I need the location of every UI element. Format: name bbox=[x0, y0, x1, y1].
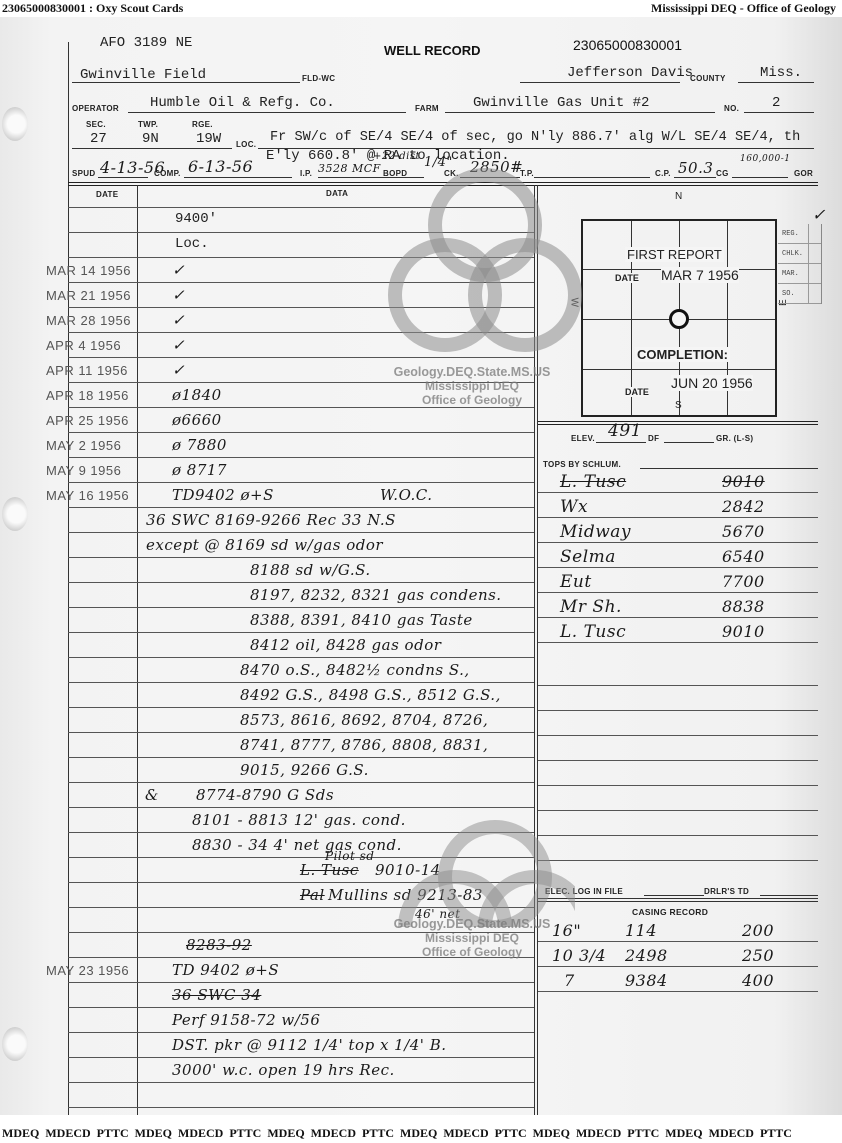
check-so: SO. bbox=[778, 284, 821, 304]
date-column-header: DATE bbox=[96, 190, 118, 199]
no-underline bbox=[744, 112, 814, 113]
ruled-line bbox=[538, 710, 818, 711]
elec-log-underline bbox=[644, 895, 704, 896]
sec-value: 27 bbox=[90, 131, 107, 147]
entry-data: 8412 oil, 8428 gas odor bbox=[250, 636, 441, 654]
formation-name: Mr Sh. bbox=[560, 597, 622, 617]
county-label: COUNTY bbox=[690, 74, 726, 83]
elev-underline bbox=[596, 442, 646, 443]
entry-data: except @ 8169 sd w/gas odor bbox=[146, 536, 383, 554]
entry-data: 3000' w.c. open 19 hrs Rec. bbox=[172, 1061, 395, 1079]
entry-data: 36 SWC 8169-9266 Rec 33 N.S bbox=[146, 511, 396, 529]
casing-depth: 2498 bbox=[625, 946, 668, 965]
map-rule bbox=[538, 424, 818, 425]
field-label: FLD-WC bbox=[302, 74, 335, 83]
cp-underline bbox=[674, 177, 716, 178]
elevation-value: 491 bbox=[608, 421, 642, 441]
entry-data: ø 7880 bbox=[172, 436, 227, 454]
entry-date-stamp: APR 25 1956 bbox=[46, 413, 129, 428]
entry-date-stamp: APR 18 1956 bbox=[46, 388, 129, 403]
df-label: DF bbox=[648, 434, 659, 443]
formation-depth: 8838 bbox=[722, 597, 765, 616]
ruled-line bbox=[68, 432, 534, 433]
formation-name: L. Tusc bbox=[560, 472, 626, 492]
ruled-line bbox=[538, 991, 818, 992]
ruled-line bbox=[68, 807, 534, 808]
sec-label: SEC. bbox=[86, 120, 106, 129]
completion-date-label: DATE bbox=[625, 387, 649, 397]
entry-date-stamp: MAR 14 1956 bbox=[46, 263, 131, 278]
afo-number: AFO 3189 NE bbox=[100, 35, 192, 51]
entry-data: TD9402 ø+S bbox=[172, 486, 274, 504]
check-mar: MAR. bbox=[778, 264, 821, 284]
document-title-bar: 23065000830001 : Oxy Scout Cards Mississ… bbox=[0, 0, 842, 17]
twp-value: 9N bbox=[142, 131, 159, 147]
date-data-divider bbox=[137, 185, 138, 1115]
ruled-line bbox=[68, 782, 534, 783]
ip-value: 3528 MCF bbox=[318, 162, 381, 175]
well-location-icon bbox=[669, 309, 689, 329]
twp-label: TWP. bbox=[138, 120, 158, 129]
farm-underline bbox=[445, 112, 715, 113]
ruled-line bbox=[68, 482, 534, 483]
drillers-td-label: DRLR'S TD bbox=[704, 887, 749, 896]
casing-rule bbox=[538, 898, 818, 899]
entry-data: 8188 sd w/G.S. bbox=[250, 561, 371, 579]
completion-label: COMPLETION: bbox=[635, 347, 730, 362]
ruled-line bbox=[68, 632, 534, 633]
tops-label: TOPS BY SCHLUM. bbox=[543, 460, 621, 469]
df-underline bbox=[664, 442, 714, 443]
formation-name: Eut bbox=[560, 572, 592, 592]
ruled-line bbox=[538, 941, 818, 942]
entry-data: ø6660 bbox=[172, 411, 222, 429]
county-underline bbox=[520, 82, 680, 83]
ruled-line bbox=[68, 982, 534, 983]
rge-label: RGE. bbox=[192, 120, 213, 129]
gor-value: 160,000-1 bbox=[740, 154, 790, 164]
entry-date-stamp: MAR 21 1956 bbox=[46, 288, 131, 303]
ruled-line bbox=[68, 657, 534, 658]
casing-sacks: 400 bbox=[742, 971, 774, 990]
ruled-line bbox=[538, 785, 818, 786]
ruled-line bbox=[68, 1007, 534, 1008]
ruled-line bbox=[68, 707, 534, 708]
ruled-line bbox=[538, 642, 818, 643]
entry-note: Pilot sd bbox=[325, 849, 374, 863]
entry-extra: W.O.C. bbox=[380, 486, 432, 504]
casing-depth: 114 bbox=[625, 921, 657, 940]
publisher-title: Mississippi DEQ - Office of Geology bbox=[651, 0, 836, 17]
casing-sacks: 250 bbox=[742, 946, 774, 965]
ruled-line bbox=[538, 760, 818, 761]
document-id-title: 23065000830001 : Oxy Scout Cards bbox=[2, 0, 183, 17]
first-report-label: FIRST REPORT bbox=[625, 247, 724, 262]
ruled-line bbox=[68, 1032, 534, 1033]
ruled-line bbox=[68, 457, 534, 458]
entry-data: 8741, 8777, 8786, 8808, 8831, bbox=[240, 736, 488, 754]
farm-value: Gwinville Gas Unit #2 bbox=[473, 95, 649, 111]
ruled-line bbox=[538, 835, 818, 836]
rge-value: 19W bbox=[196, 131, 221, 147]
entry-prefix: & bbox=[145, 786, 159, 804]
well-no-label: NO. bbox=[724, 104, 739, 113]
ruled-line bbox=[68, 507, 534, 508]
data-column-header: DATA bbox=[326, 189, 348, 198]
entry-data: ✓ bbox=[172, 361, 185, 379]
ruled-line bbox=[68, 682, 534, 683]
well-no-value: 2 bbox=[772, 95, 780, 111]
formation-depth: 9010 bbox=[722, 472, 765, 491]
cg-label: CG bbox=[716, 169, 729, 178]
struck-text: L. Tusc bbox=[300, 861, 359, 879]
first-report-date: MAR 7 1956 bbox=[661, 267, 739, 283]
entry-data: 8101 - 8813 12' gas. cond. bbox=[192, 811, 406, 829]
watermark-url: Geology.DEQ.State.MS.US bbox=[367, 917, 577, 931]
formation-depth: 7700 bbox=[722, 572, 765, 591]
entry-data: 9400' bbox=[175, 211, 217, 227]
south-label: S bbox=[675, 400, 682, 411]
check-chlk: CHLK. bbox=[778, 244, 821, 264]
entry-date-stamp: MAY 9 1956 bbox=[46, 463, 121, 478]
ruled-line bbox=[68, 1057, 534, 1058]
loc-label: LOC. bbox=[236, 140, 256, 149]
comp-label: COMP. bbox=[154, 169, 181, 178]
ruled-line bbox=[538, 517, 818, 518]
entry-data: 8197, 8232, 8321 gas condens. bbox=[250, 586, 502, 604]
ruled-line bbox=[68, 757, 534, 758]
ruled-line bbox=[538, 966, 818, 967]
cp-label: C.P. bbox=[655, 169, 671, 178]
entry-date-stamp: APR 11 1956 bbox=[46, 363, 128, 378]
entry-data: ø1840 bbox=[172, 386, 222, 404]
ground-label: GR. (L-S) bbox=[716, 434, 753, 443]
punch-hole bbox=[2, 107, 28, 141]
entry-date-stamp: MAY 16 1956 bbox=[46, 488, 129, 503]
spud-underline bbox=[98, 177, 148, 178]
well-record-card: AFO 3189 NE WELL RECORD 23065000830001 G… bbox=[0, 17, 842, 1115]
ruled-line bbox=[68, 582, 534, 583]
formation-name: L. Tusc bbox=[560, 622, 626, 642]
operator-value: Humble Oil & Refg. Co. bbox=[150, 95, 335, 111]
casing-depth: 9384 bbox=[625, 971, 668, 990]
watermark-agency: Mississippi DEQ bbox=[367, 379, 577, 393]
struck-text: 8283-92 bbox=[186, 936, 252, 954]
struck-text: Pal bbox=[300, 886, 325, 904]
sec-underline bbox=[72, 148, 232, 149]
cp-value: 50.3 bbox=[678, 159, 713, 177]
record-title: WELL RECORD bbox=[384, 43, 481, 58]
entry-date-stamp: APR 4 1956 bbox=[46, 338, 121, 353]
entry-data: DST. pkr @ 9112 1/4' top x 1/4' B. bbox=[172, 1036, 447, 1054]
casing-record-label: CASING RECORD bbox=[632, 907, 708, 917]
ruled-line bbox=[68, 532, 534, 533]
entry-date-stamp: MAY 2 1956 bbox=[46, 438, 121, 453]
entry-data: ✓ bbox=[172, 336, 185, 354]
entry-data: 9015, 9266 G.S. bbox=[240, 761, 369, 779]
checker-box: REG. CHLK. MAR. SO. bbox=[778, 224, 822, 304]
entry-data: 8492 G.S., 8498 G.S., 8512 G.S., bbox=[240, 686, 501, 704]
location-plat-map: FIRST REPORT DATE MAR 7 1956 COMPLETION:… bbox=[581, 219, 777, 417]
county-value: Jefferson Davis bbox=[567, 65, 693, 81]
ruled-line bbox=[538, 810, 818, 811]
entry-data: 8388, 8391, 8410 gas Taste bbox=[250, 611, 473, 629]
entry-date-stamp: MAY 23 1956 bbox=[46, 963, 129, 978]
watermark-office: Office of Geology bbox=[367, 945, 577, 959]
mdeq-logo-watermark bbox=[385, 167, 585, 372]
ruled-line bbox=[68, 732, 534, 733]
ruled-line bbox=[538, 735, 818, 736]
checkmark-icon: ✓ bbox=[812, 205, 826, 224]
punch-hole bbox=[2, 497, 28, 531]
ip-label: I.P. bbox=[300, 169, 312, 178]
entry-date-stamp: MAR 28 1956 bbox=[46, 313, 131, 328]
entry-data: 8774-8790 G Sds bbox=[196, 786, 334, 804]
check-reg: REG. bbox=[778, 224, 821, 244]
formation-depth: 9010 bbox=[722, 622, 765, 641]
spud-label: SPUD bbox=[72, 169, 95, 178]
casing-rule bbox=[538, 901, 818, 902]
ruled-line bbox=[68, 407, 534, 408]
entry-data: 8573, 8616, 8692, 8704, 8726, bbox=[240, 711, 488, 729]
ruled-line bbox=[538, 685, 818, 686]
formation-name: Midway bbox=[560, 522, 631, 542]
field-value: Gwinville Field bbox=[80, 67, 206, 83]
drlr-td-underline bbox=[760, 895, 818, 896]
entry-data: Perf 9158-72 w/56 bbox=[172, 1011, 320, 1029]
api-number: 23065000830001 bbox=[573, 37, 682, 53]
entry-data: ✓ bbox=[172, 261, 185, 279]
ruled-line bbox=[68, 607, 534, 608]
entry-data: TD 9402 ø+S bbox=[172, 961, 279, 979]
watermark-office: Office of Geology bbox=[367, 393, 577, 407]
ruled-line bbox=[538, 860, 818, 861]
struck-text: 36 SWC 34 bbox=[172, 986, 261, 1004]
entry-data: ✓ bbox=[172, 311, 185, 329]
state-value: Miss. bbox=[760, 65, 802, 81]
map-rule bbox=[538, 421, 818, 422]
formation-name: Selma bbox=[560, 547, 616, 567]
entry-data: ø 8717 bbox=[172, 461, 227, 479]
first-report-date-label: DATE bbox=[615, 273, 639, 283]
ruled-line bbox=[538, 567, 818, 568]
ruled-line bbox=[538, 542, 818, 543]
watermark-agency: Mississippi DEQ bbox=[367, 931, 577, 945]
entry-data: Loc. bbox=[175, 236, 209, 252]
completion-date: JUN 20 1956 bbox=[671, 375, 753, 391]
formation-name: Wx bbox=[560, 497, 588, 517]
comp-underline bbox=[184, 177, 292, 178]
ruled-line bbox=[538, 617, 818, 618]
watermark-url: Geology.DEQ.State.MS.US bbox=[367, 365, 577, 379]
bopd-value: +22 dist bbox=[373, 151, 420, 162]
entry-data: 8470 o.S., 8482½ condns S., bbox=[240, 661, 470, 679]
operator-underline bbox=[128, 112, 406, 113]
ruled-line bbox=[68, 1107, 534, 1108]
formation-depth: 2842 bbox=[722, 497, 765, 516]
casing-sacks: 200 bbox=[742, 921, 774, 940]
entry-data: ✓ bbox=[172, 286, 185, 304]
farm-label: FARM bbox=[415, 104, 439, 113]
operator-label: OPERATOR bbox=[72, 104, 119, 113]
mdeq-logo-watermark bbox=[375, 817, 575, 927]
footer-banner: MDEQ MDECD PTTC MDEQ MDECD PTTC MDEQ MDE… bbox=[0, 1123, 842, 1143]
formation-depth: 5670 bbox=[722, 522, 765, 541]
north-label: N bbox=[675, 191, 683, 202]
ruled-line bbox=[538, 492, 818, 493]
ruled-line bbox=[68, 1082, 534, 1083]
comp-date: 6-13-56 bbox=[188, 157, 253, 176]
casing-size: 7 bbox=[564, 971, 575, 990]
gor-label: GOR bbox=[794, 169, 813, 178]
cg-underline bbox=[732, 177, 788, 178]
punch-hole bbox=[2, 1027, 28, 1061]
formation-depth: 6540 bbox=[722, 547, 765, 566]
location-line-1: Fr SW/c of SE/4 SE/4 of sec, go N'ly 886… bbox=[270, 130, 800, 145]
ruled-line bbox=[538, 592, 818, 593]
margin-line bbox=[68, 42, 69, 1115]
tops-underline bbox=[640, 468, 818, 469]
state-underline bbox=[738, 82, 814, 83]
ruled-line bbox=[68, 557, 534, 558]
elevation-label: ELEV. bbox=[571, 434, 595, 443]
